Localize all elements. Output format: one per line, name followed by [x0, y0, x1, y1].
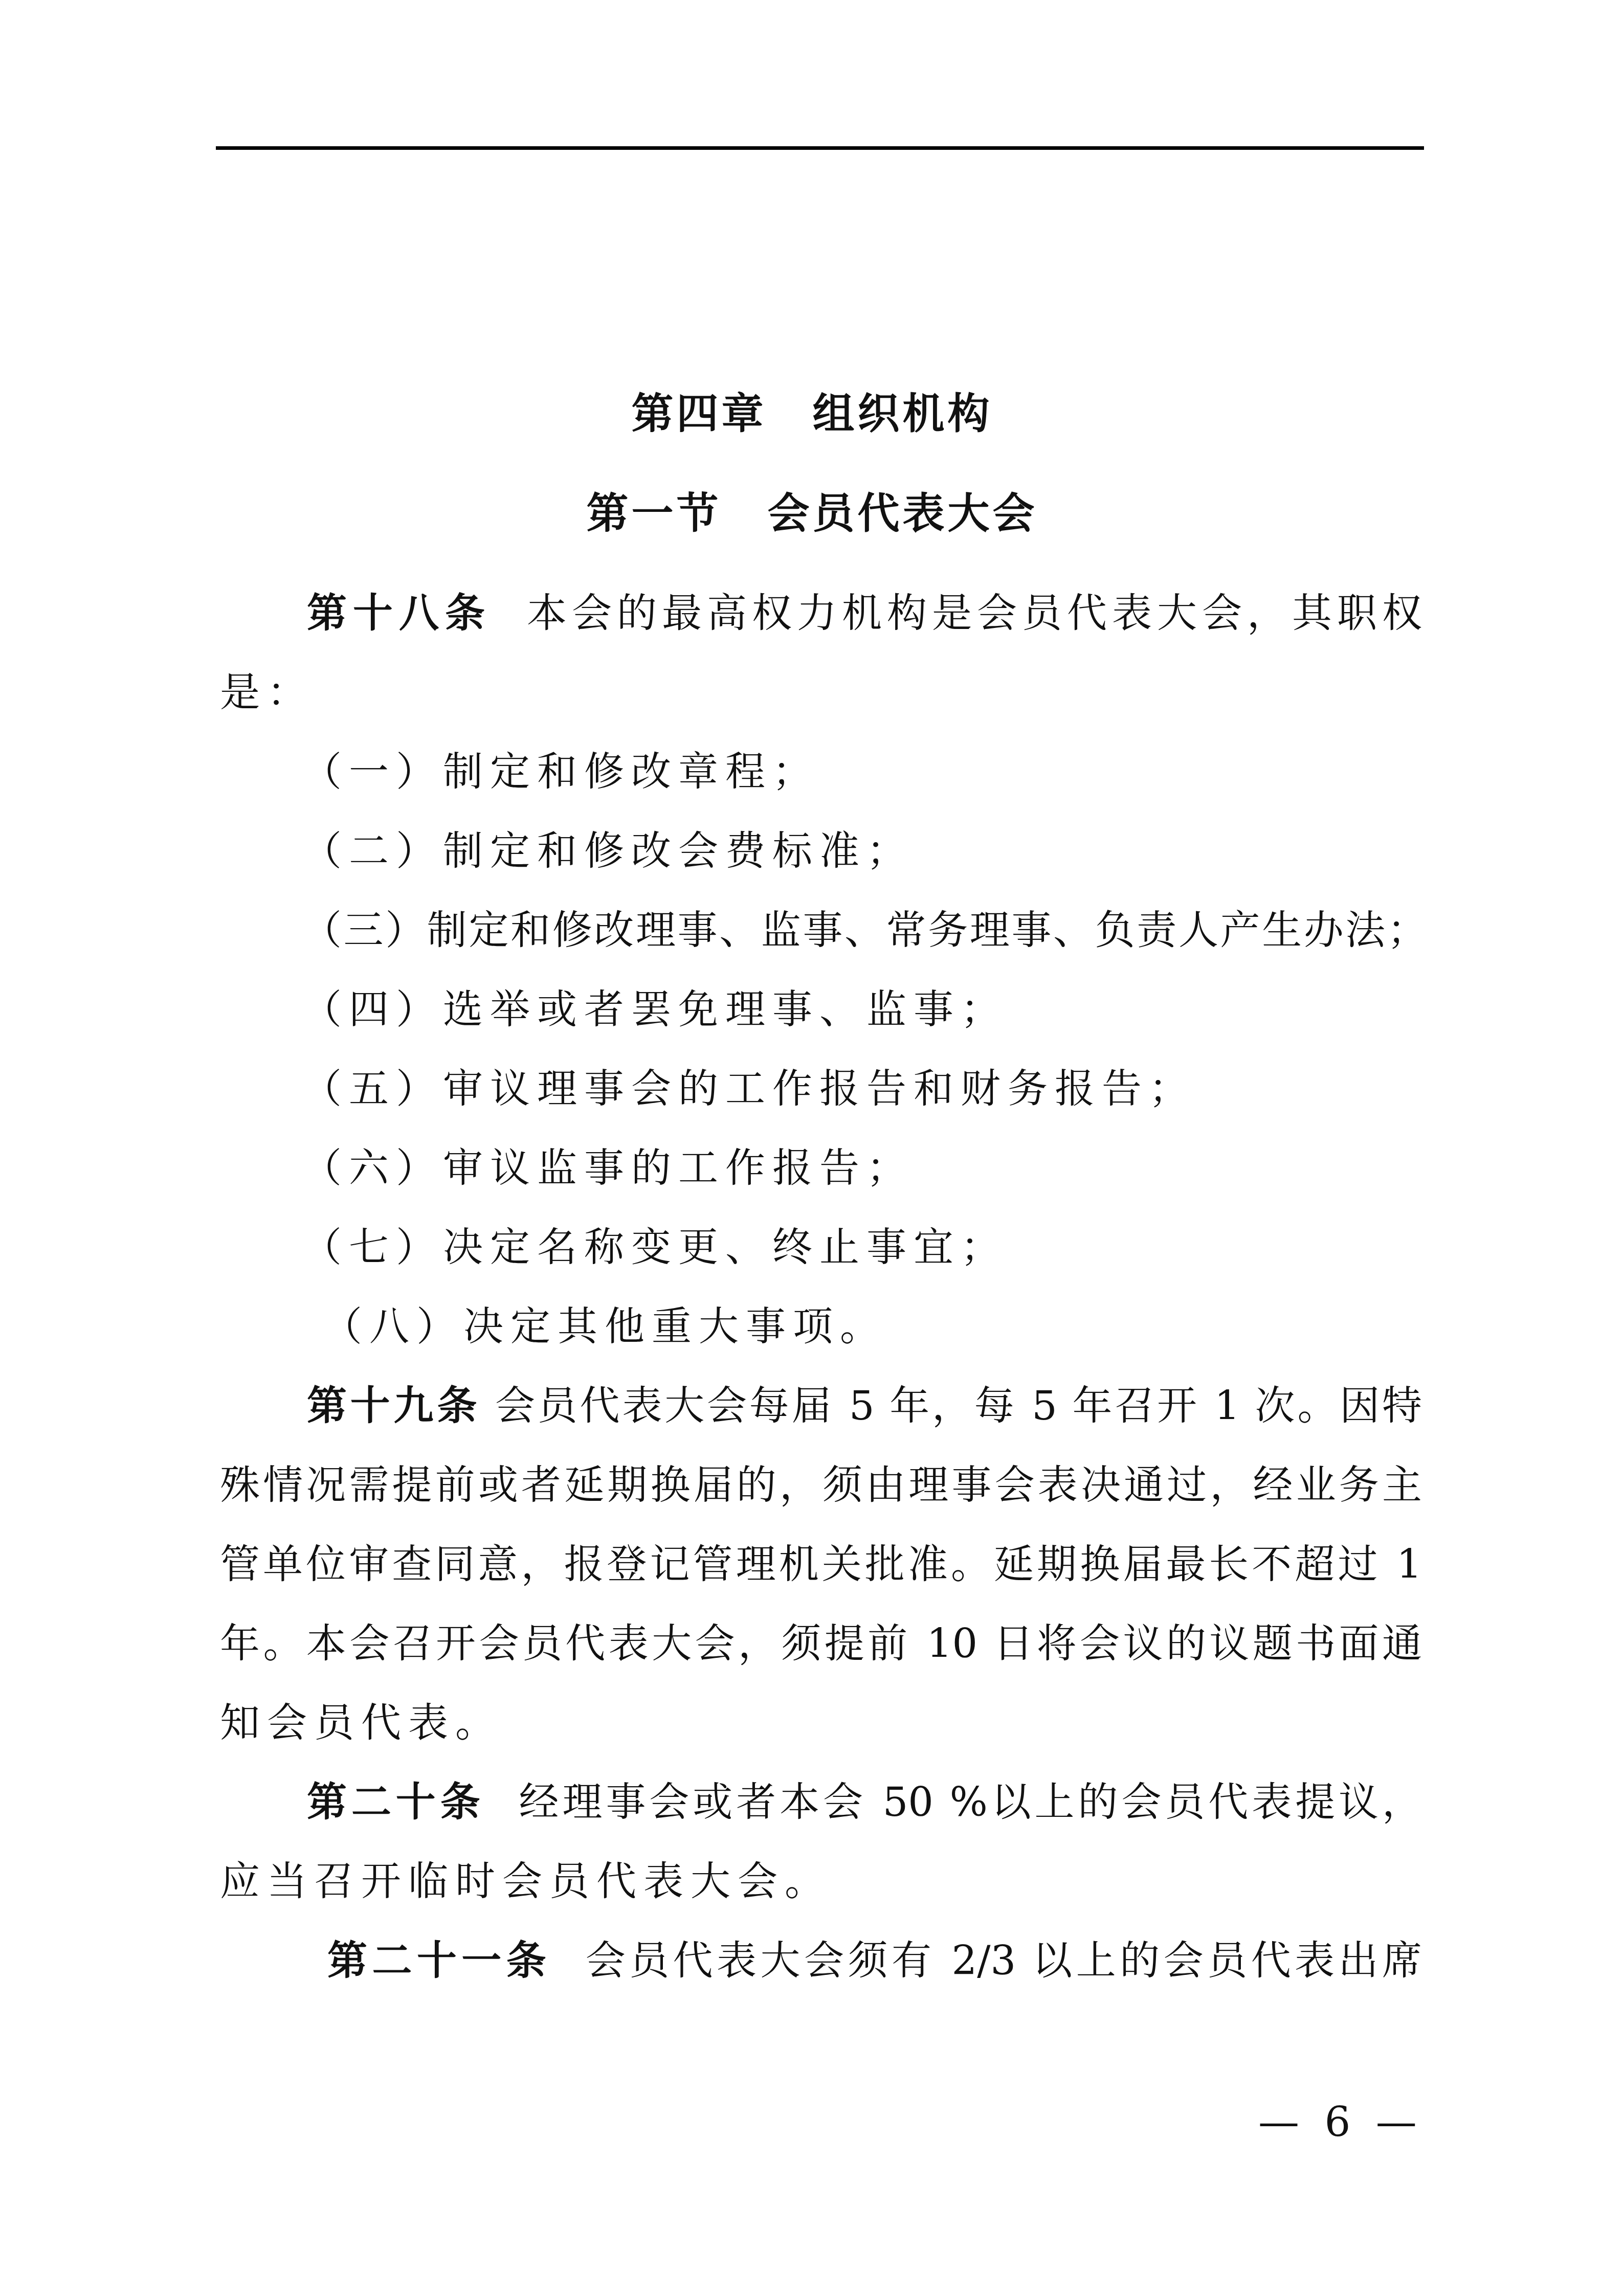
article-19-line-4: 年。本会召开会员代表大会，须提前 10 日将会议的议题书面通 [220, 1618, 1422, 1670]
chapter-title: 第四章组织机构 [0, 389, 1624, 440]
list-item: （七）决定名称变更、终止事宜； [302, 1222, 1008, 1273]
article-label: 第二十条 [307, 1780, 485, 1826]
article-19-line-5: 知会员代表。 [220, 1698, 502, 1749]
chapter-number: 第四章 [631, 390, 766, 438]
section-name: 会员代表大会 [768, 489, 1038, 538]
article-19-line-3: 管单位审查同意，报登记管理机关批准。延期换届最长不超过 1 [220, 1539, 1422, 1590]
article-19-line-2: 殊情况需提前或者延期换届的，须由理事会表决通过，经业务主 [220, 1460, 1422, 1511]
article-text: 会员代表大会每届 5 年，每 5 年召开 1 次。因特 [493, 1383, 1422, 1429]
article-label: 第二十一条 [327, 1938, 551, 1984]
section-number: 第一节 [586, 489, 721, 538]
article-20-line-1: 第二十条经理事会或者本会 50 %以上的会员代表提议， [307, 1777, 1422, 1828]
chapter-name: 组织机构 [813, 390, 993, 438]
list-item: （三）制定和修改理事、监事、常务理事、负责人产生办法； [302, 905, 1427, 956]
article-label: 第十九条 [307, 1383, 480, 1429]
article-19-line-1: 第十九条会员代表大会每届 5 年，每 5 年召开 1 次。因特 [307, 1381, 1422, 1432]
list-item: （一）制定和修改章程； [302, 747, 819, 798]
article-text: 会员代表大会须有 2/3 以上的会员代表出席 [582, 1938, 1422, 1984]
page-number: — 6 — [1258, 2097, 1423, 2148]
header-rule [216, 146, 1424, 150]
article-20-line-2: 应当召开临时会员代表大会。 [220, 1856, 832, 1907]
list-item: （六）审议监事的工作报告； [302, 1143, 914, 1194]
list-item: （五）审议理事会的工作报告和财务报告； [302, 1064, 1196, 1115]
section-title: 第一节会员代表大会 [0, 488, 1624, 539]
article-18-line-2: 是： [220, 667, 314, 718]
list-item: （二）制定和修改会费标准； [302, 826, 914, 877]
article-label: 第十八条 [307, 591, 491, 637]
article-21-line-1: 第二十一条会员代表大会须有 2/3 以上的会员代表出席 [327, 1935, 1422, 1987]
article-18-line-1: 第十八条本会的最高权力机构是会员代表大会，其职权 [307, 588, 1422, 639]
article-text: 本会的最高权力机构是会员代表大会，其职权 [522, 591, 1422, 637]
article-text: 经理事会或者本会 50 %以上的会员代表提议， [516, 1780, 1422, 1826]
list-item: （四）选举或者罢免理事、监事； [302, 984, 1008, 1036]
list-item: （八）决定其他重大事项。 [322, 1301, 887, 1353]
